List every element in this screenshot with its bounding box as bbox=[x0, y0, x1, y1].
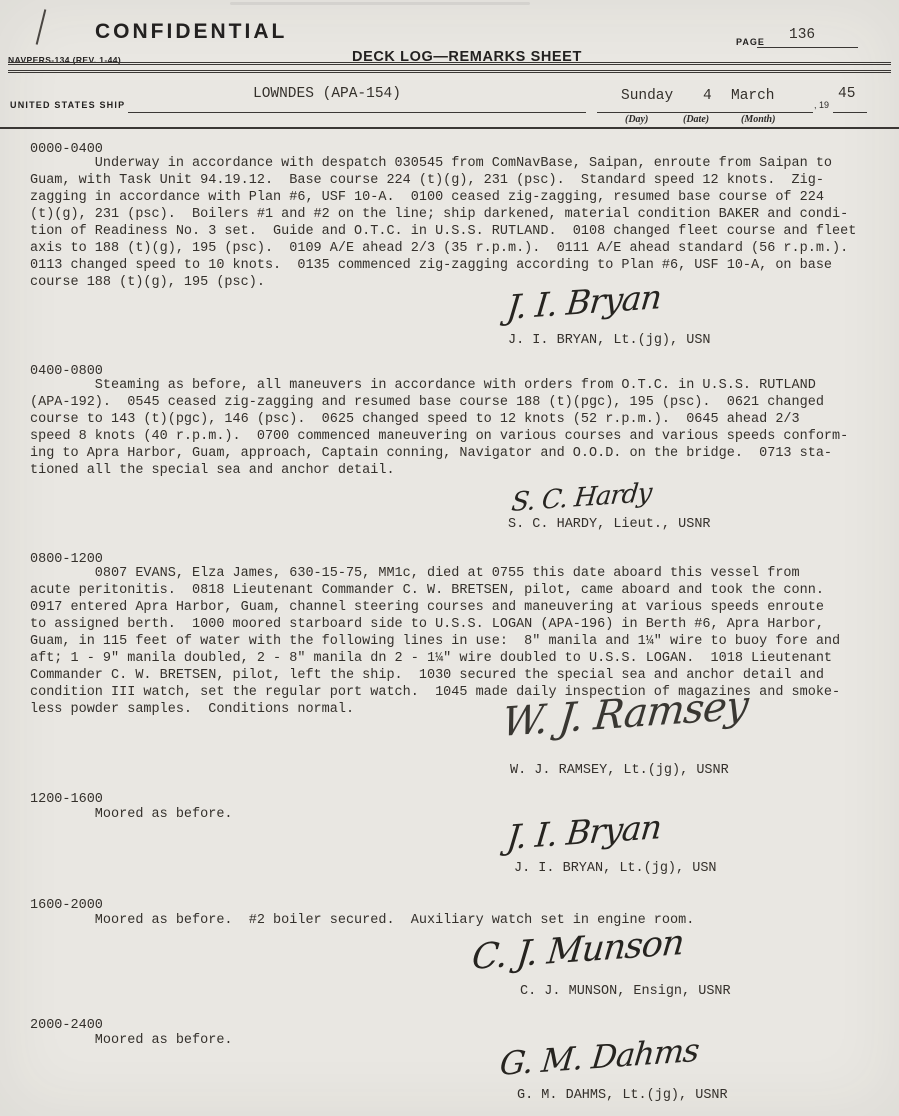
year-underline bbox=[833, 112, 867, 113]
deck-log-remarks-sheet: CONFIDENTIAL PAGE 136 NAVPERS-134 (REV. … bbox=[0, 0, 899, 1116]
log-date: 4 bbox=[703, 88, 712, 104]
header-bottom-rule bbox=[0, 127, 899, 129]
divider bbox=[8, 62, 891, 63]
typed-signature: C. J. MUNSON, Ensign, USNR bbox=[520, 983, 731, 1000]
date-underline bbox=[597, 112, 813, 113]
typed-signature: S. C. HARDY, Lieut., USNR bbox=[508, 516, 711, 533]
log-entry-text: Moored as before. bbox=[30, 1032, 233, 1049]
date-column-label: (Date) bbox=[683, 114, 709, 125]
ship-label: UNITED STATES SHIP bbox=[10, 100, 125, 110]
year-prefix: , 19 bbox=[814, 100, 829, 110]
handwritten-signature: G. M. Dahms bbox=[498, 1031, 701, 1083]
log-entry-text: Steaming as before, all maneuvers in acc… bbox=[30, 377, 848, 479]
page-label: PAGE bbox=[736, 37, 765, 47]
ship-name-underline bbox=[128, 112, 586, 113]
log-entry-text: Underway in accordance with despatch 030… bbox=[30, 155, 856, 291]
log-day: Sunday bbox=[621, 88, 673, 104]
log-entry-text: Moored as before. bbox=[30, 806, 233, 823]
divider bbox=[8, 72, 891, 73]
handwritten-signature: C. J. Munson bbox=[470, 923, 686, 978]
divider bbox=[8, 64, 891, 65]
day-column-label: (Day) bbox=[625, 114, 648, 125]
handwritten-signature: S. C. Hardy bbox=[510, 478, 653, 518]
log-month: March bbox=[731, 88, 775, 104]
typed-signature: J. I. BRYAN, Lt.(jg), USN bbox=[508, 332, 711, 349]
page-number-underline bbox=[757, 47, 858, 48]
handwritten-signature: J. I. Bryan bbox=[505, 807, 663, 857]
typed-signature: W. J. RAMSEY, Lt.(jg), USNR bbox=[510, 762, 729, 779]
pen-mark bbox=[36, 9, 47, 44]
log-entry-text: Moored as before. #2 boiler secured. Aux… bbox=[30, 912, 694, 929]
typed-signature: J. I. BRYAN, Lt.(jg), USN bbox=[514, 860, 717, 877]
log-year: 45 bbox=[838, 86, 855, 102]
ship-name: LOWNDES (APA-154) bbox=[253, 86, 401, 102]
divider bbox=[8, 70, 891, 71]
page-number: 136 bbox=[789, 27, 815, 43]
month-column-label: (Month) bbox=[741, 114, 775, 125]
classification-stamp: CONFIDENTIAL bbox=[95, 20, 287, 44]
scan-artifact bbox=[230, 2, 530, 5]
typed-signature: G. M. DAHMS, Lt.(jg), USNR bbox=[517, 1087, 728, 1104]
